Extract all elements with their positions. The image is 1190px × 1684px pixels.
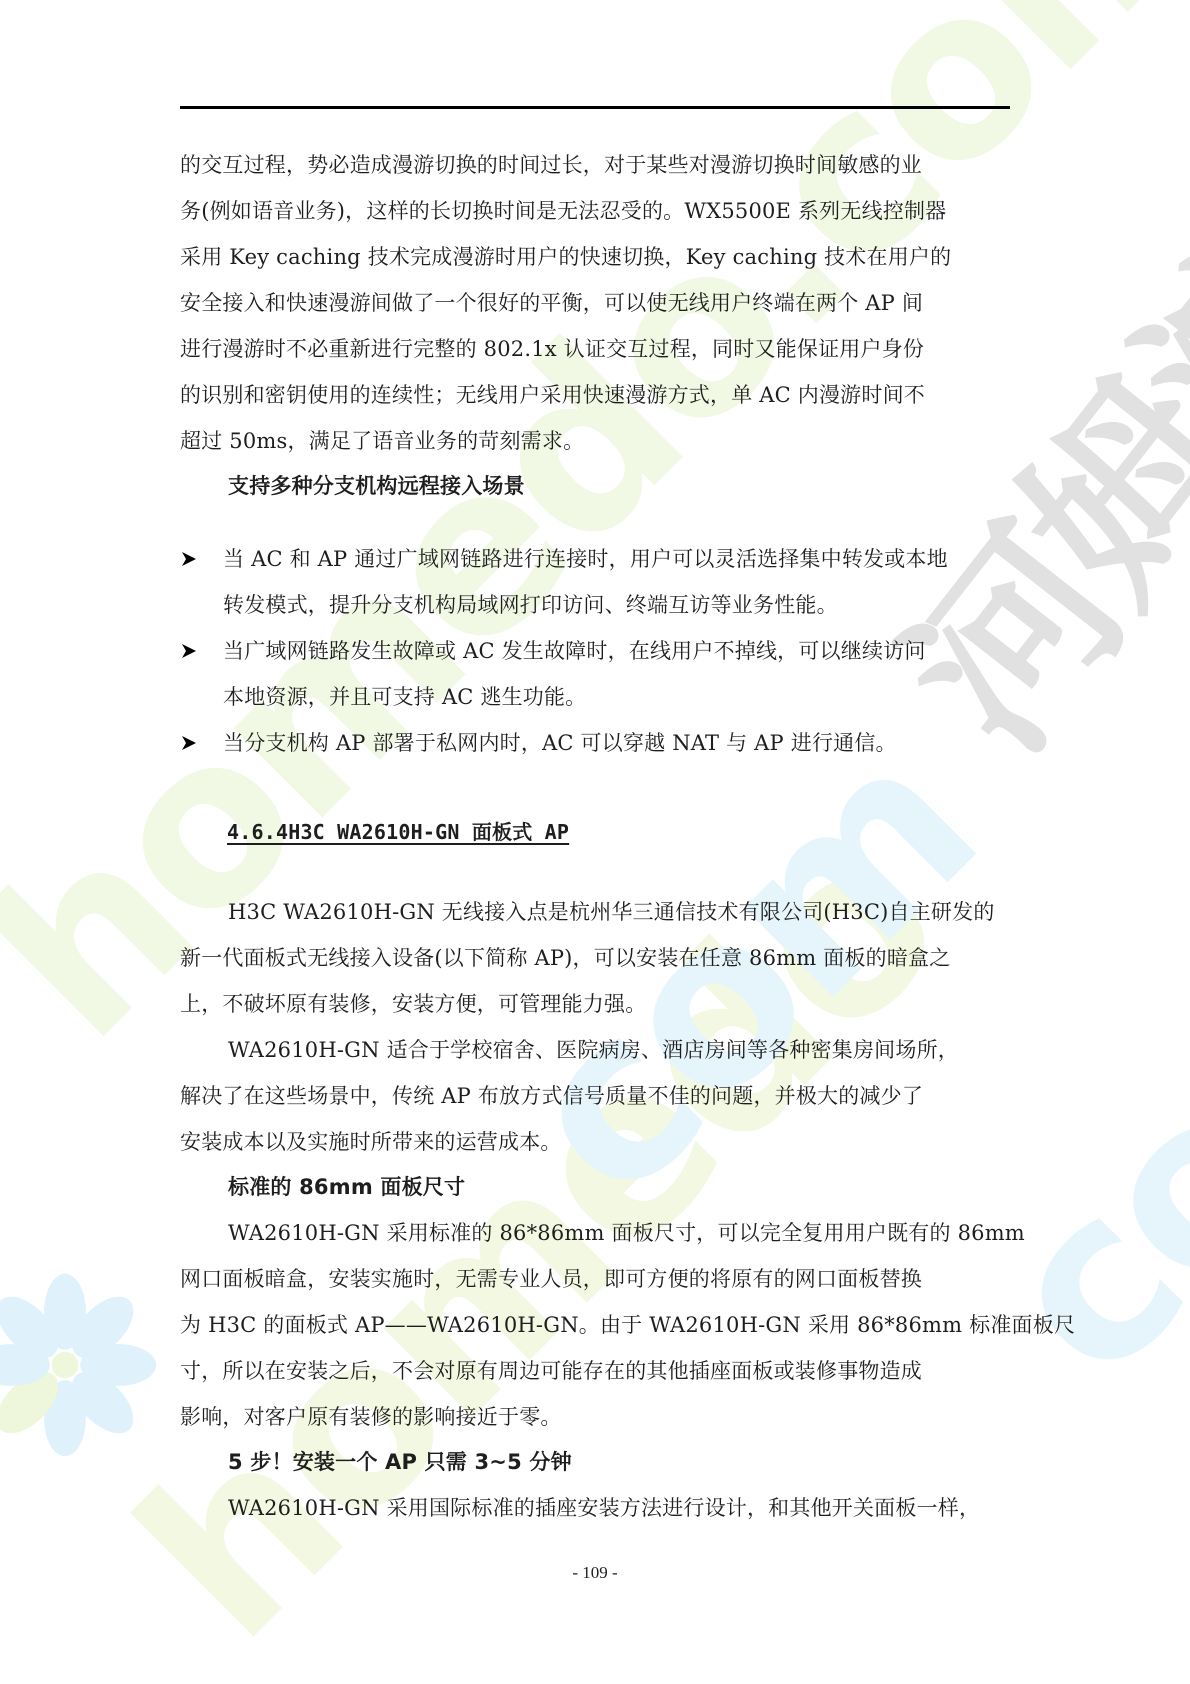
text-line: 采用 Key caching 技术完成漫游时用户的快速切换，Key cachin… — [180, 242, 951, 272]
arrow-bullet-icon — [180, 544, 198, 574]
bullet-line: 当 AC 和 AP 通过广域网链路进行连接时，用户可以灵活选择集中转发或本地 — [223, 544, 948, 574]
text-line: 进行漫游时不必重新进行完整的 802.1x 认证交互过程，同时又能保证用户身份 — [180, 334, 924, 364]
text-line: 新一代面板式无线接入设备(以下简称 AP)，可以安装在任意 86mm 面板的暗盒… — [180, 943, 950, 973]
watermark-blue-text-2: com — [950, 875, 1190, 1429]
text-line: 影响，对客户原有装修的影响接近于零。 — [180, 1402, 562, 1432]
text-line: 安装成本以及实施时所带来的运营成本。 — [180, 1127, 562, 1157]
page-number: - 109 - — [0, 1563, 1190, 1583]
bullet-line: 本地资源，并且可支持 AC 逃生功能。 — [223, 682, 586, 712]
text-line: 的交互过程，势必造成漫游切换的时间过长，对于某些对漫游切换时间敏感的业 — [180, 150, 922, 180]
subheading-86mm-panel: 标准的 86mm 面板尺寸 — [228, 1172, 465, 1202]
text-line: 安全接入和快速漫游间做了一个很好的平衡，可以使无线用户终端在两个 AP 间 — [180, 288, 923, 318]
text-line: H3C WA2610H-GN 无线接入点是杭州华三通信技术有限公司(H3C)自主… — [228, 897, 995, 927]
text-line: WA2610H-GN 适合于学校宿舍、医院病房、酒店房间等各种密集房间场所， — [228, 1035, 959, 1065]
text-line: WA2610H-GN 采用国际标准的插座安装方法进行设计，和其他开关面板一样， — [228, 1493, 980, 1523]
text-line: WA2610H-GN 采用标准的 86*86mm 面板尺寸，可以完全复用用户既有… — [228, 1218, 1025, 1248]
text-line: 上，不破坏原有装修，安装方便，可管理能力强。 — [180, 989, 646, 1019]
bullet-line: 转发模式，提升分支机构局域网打印访问、终端互访等业务性能。 — [223, 590, 838, 620]
subheading-branch-access: 支持多种分支机构远程接入场景 — [228, 471, 525, 501]
bullet-line: 当广域网链路发生故障或 AC 发生故障时，在线用户不掉线，可以继续访问 — [223, 636, 926, 666]
text-line: 超过 50ms，满足了语音业务的苛刻需求。 — [180, 426, 584, 456]
arrow-bullet-icon — [180, 728, 198, 758]
arrow-bullet-icon — [180, 636, 198, 666]
text-line: 寸，所以在安装之后，不会对原有周边可能存在的其他插座面板或装修事物造成 — [180, 1356, 922, 1386]
text-line: 务(例如语音业务)，这样的长切换时间是无法忍受的。WX5500E 系列无线控制器 — [180, 196, 946, 226]
bullet-line: 当分支机构 AP 部署于私网内时，AC 可以穿越 NAT 与 AP 进行通信。 — [223, 728, 897, 758]
subheading-five-steps: 5 步！安装一个 AP 只需 3~5 分钟 — [228, 1447, 572, 1477]
section-heading: 4.6.4H3C WA2610H-GN 面板式 AP — [227, 817, 569, 847]
flower-logo-icon — [0, 1270, 160, 1460]
text-line: 解决了在这些场景中，传统 AP 布放方式信号质量不佳的问题，并极大的减少了 — [180, 1081, 923, 1111]
text-line: 为 H3C 的面板式 AP——WA2610H-GN。由于 WA2610H-GN … — [180, 1310, 1075, 1340]
text-line: 网口面板暗盒，安装实施时，无需专业人员，即可方便的将原有的网口面板替换 — [180, 1264, 922, 1294]
header-rule — [180, 106, 1010, 109]
text-line: 的识别和密钥使用的连续性；无线用户采用快速漫游方式，单 AC 内漫游时间不 — [180, 380, 925, 410]
